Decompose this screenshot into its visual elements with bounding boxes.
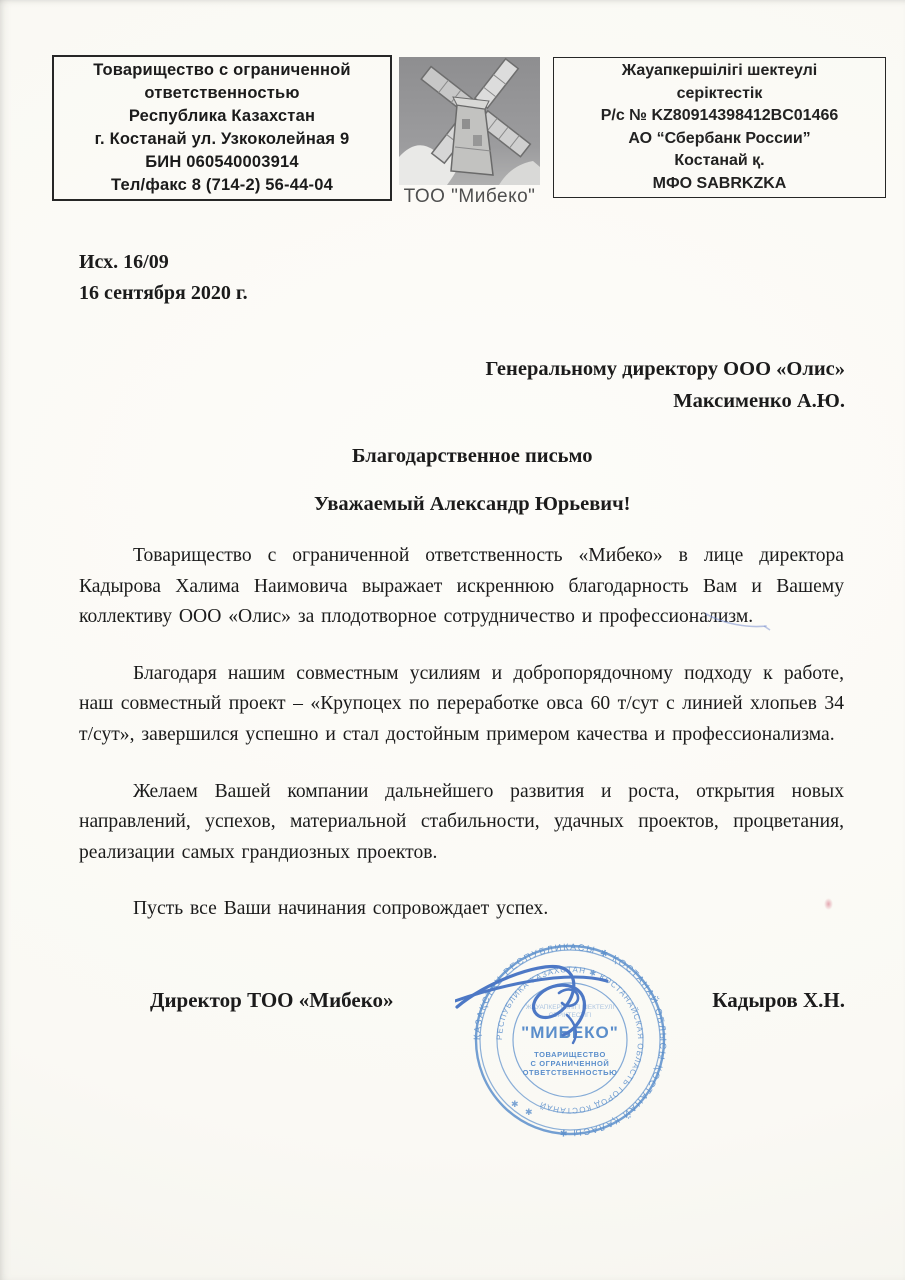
paragraph-closing: Пусть все Ваши начинания сопровождает ус… (79, 894, 844, 925)
outgoing-number: Исх. 16/09 (79, 247, 248, 278)
letter-document: Товарищество с ограниченной ответственно… (0, 0, 905, 1280)
letter-date: 16 сентября 2020 г. (79, 278, 248, 309)
reference-block: Исх. 16/09 16 сентября 2020 г. (79, 247, 248, 309)
stamp-center-line: ТОВАРИЩЕСТВО (534, 1050, 606, 1059)
stamp-center-line: ОТВЕТСТВЕННОСТЬЮ (523, 1068, 618, 1077)
recipient-block: Генеральному директору ООО «Олис» Максим… (485, 353, 845, 417)
sender-ru-line: БИН 060540003914 (54, 151, 390, 174)
sender-kz-line: АО “Сбербанк России” (554, 128, 885, 151)
sender-kz-line: Костанай қ. (554, 150, 885, 173)
stray-pen-mark (700, 600, 780, 640)
signatory-name: Кадыров Х.Н. (712, 988, 845, 1013)
letter-title: Благодарственное письмо (352, 445, 592, 468)
sender-kz-line: серіктестік (554, 83, 885, 106)
sender-kz-line: Р/с № KZ80914398412BC01466 (554, 105, 885, 128)
recipient-name: Максименко А.Ю. (485, 385, 845, 417)
sender-ru-line: Товарищество с ограниченной (54, 59, 390, 82)
pink-scan-speck (824, 898, 833, 910)
sender-kz-line: Жауапкершілігі шектеулі (554, 60, 885, 83)
scanned-letter-page: { "colors": { "ink": "#1b1b1b", "stamp_b… (0, 0, 905, 1280)
logo-caption: ТОО "Мибеко" (399, 186, 540, 208)
svg-text:✱: ✱ (511, 1099, 519, 1109)
salutation: Уважаемый Александр Юрьевич! (314, 493, 631, 516)
stamp-center-line: С ОГРАНИЧЕННОЙ (531, 1059, 610, 1068)
sender-ru-line: Республика Казахстан (54, 105, 390, 128)
sender-ru-line: г. Костанай ул. Узкоколейная 9 (54, 128, 390, 151)
sender-info-box-kz: Жауапкершілігі шектеулі серіктестік Р/с … (553, 57, 886, 198)
company-stamp: ҚАЗАҚСТАН РЕСПУБЛИКАСЫ ✱ ҚОСТАНАЙ ОБЛЫСЫ… (455, 935, 695, 1155)
paragraph-project: Благодаря нашим совместным усилиям и доб… (79, 659, 844, 751)
sender-info-box-ru: Товарищество с ограниченной ответственно… (52, 55, 392, 201)
windmill-logo-image (399, 57, 540, 185)
sender-ru-line: ответственностью (54, 82, 390, 105)
paragraph-wishes: Желаем Вашей компании дальнейшего развит… (79, 777, 844, 869)
company-logo: ТОО "Мибеко" (399, 57, 540, 208)
sender-kz-line: МФО SABRKZKA (554, 173, 885, 196)
signatory-position: Директор ТОО «Мибеко» (150, 988, 394, 1013)
recipient-position: Генеральному директору ООО «Олис» (485, 353, 845, 385)
sender-ru-line: Тел/факс 8 (714-2) 56-44-04 (54, 174, 390, 197)
svg-text:✱: ✱ (525, 1107, 533, 1117)
